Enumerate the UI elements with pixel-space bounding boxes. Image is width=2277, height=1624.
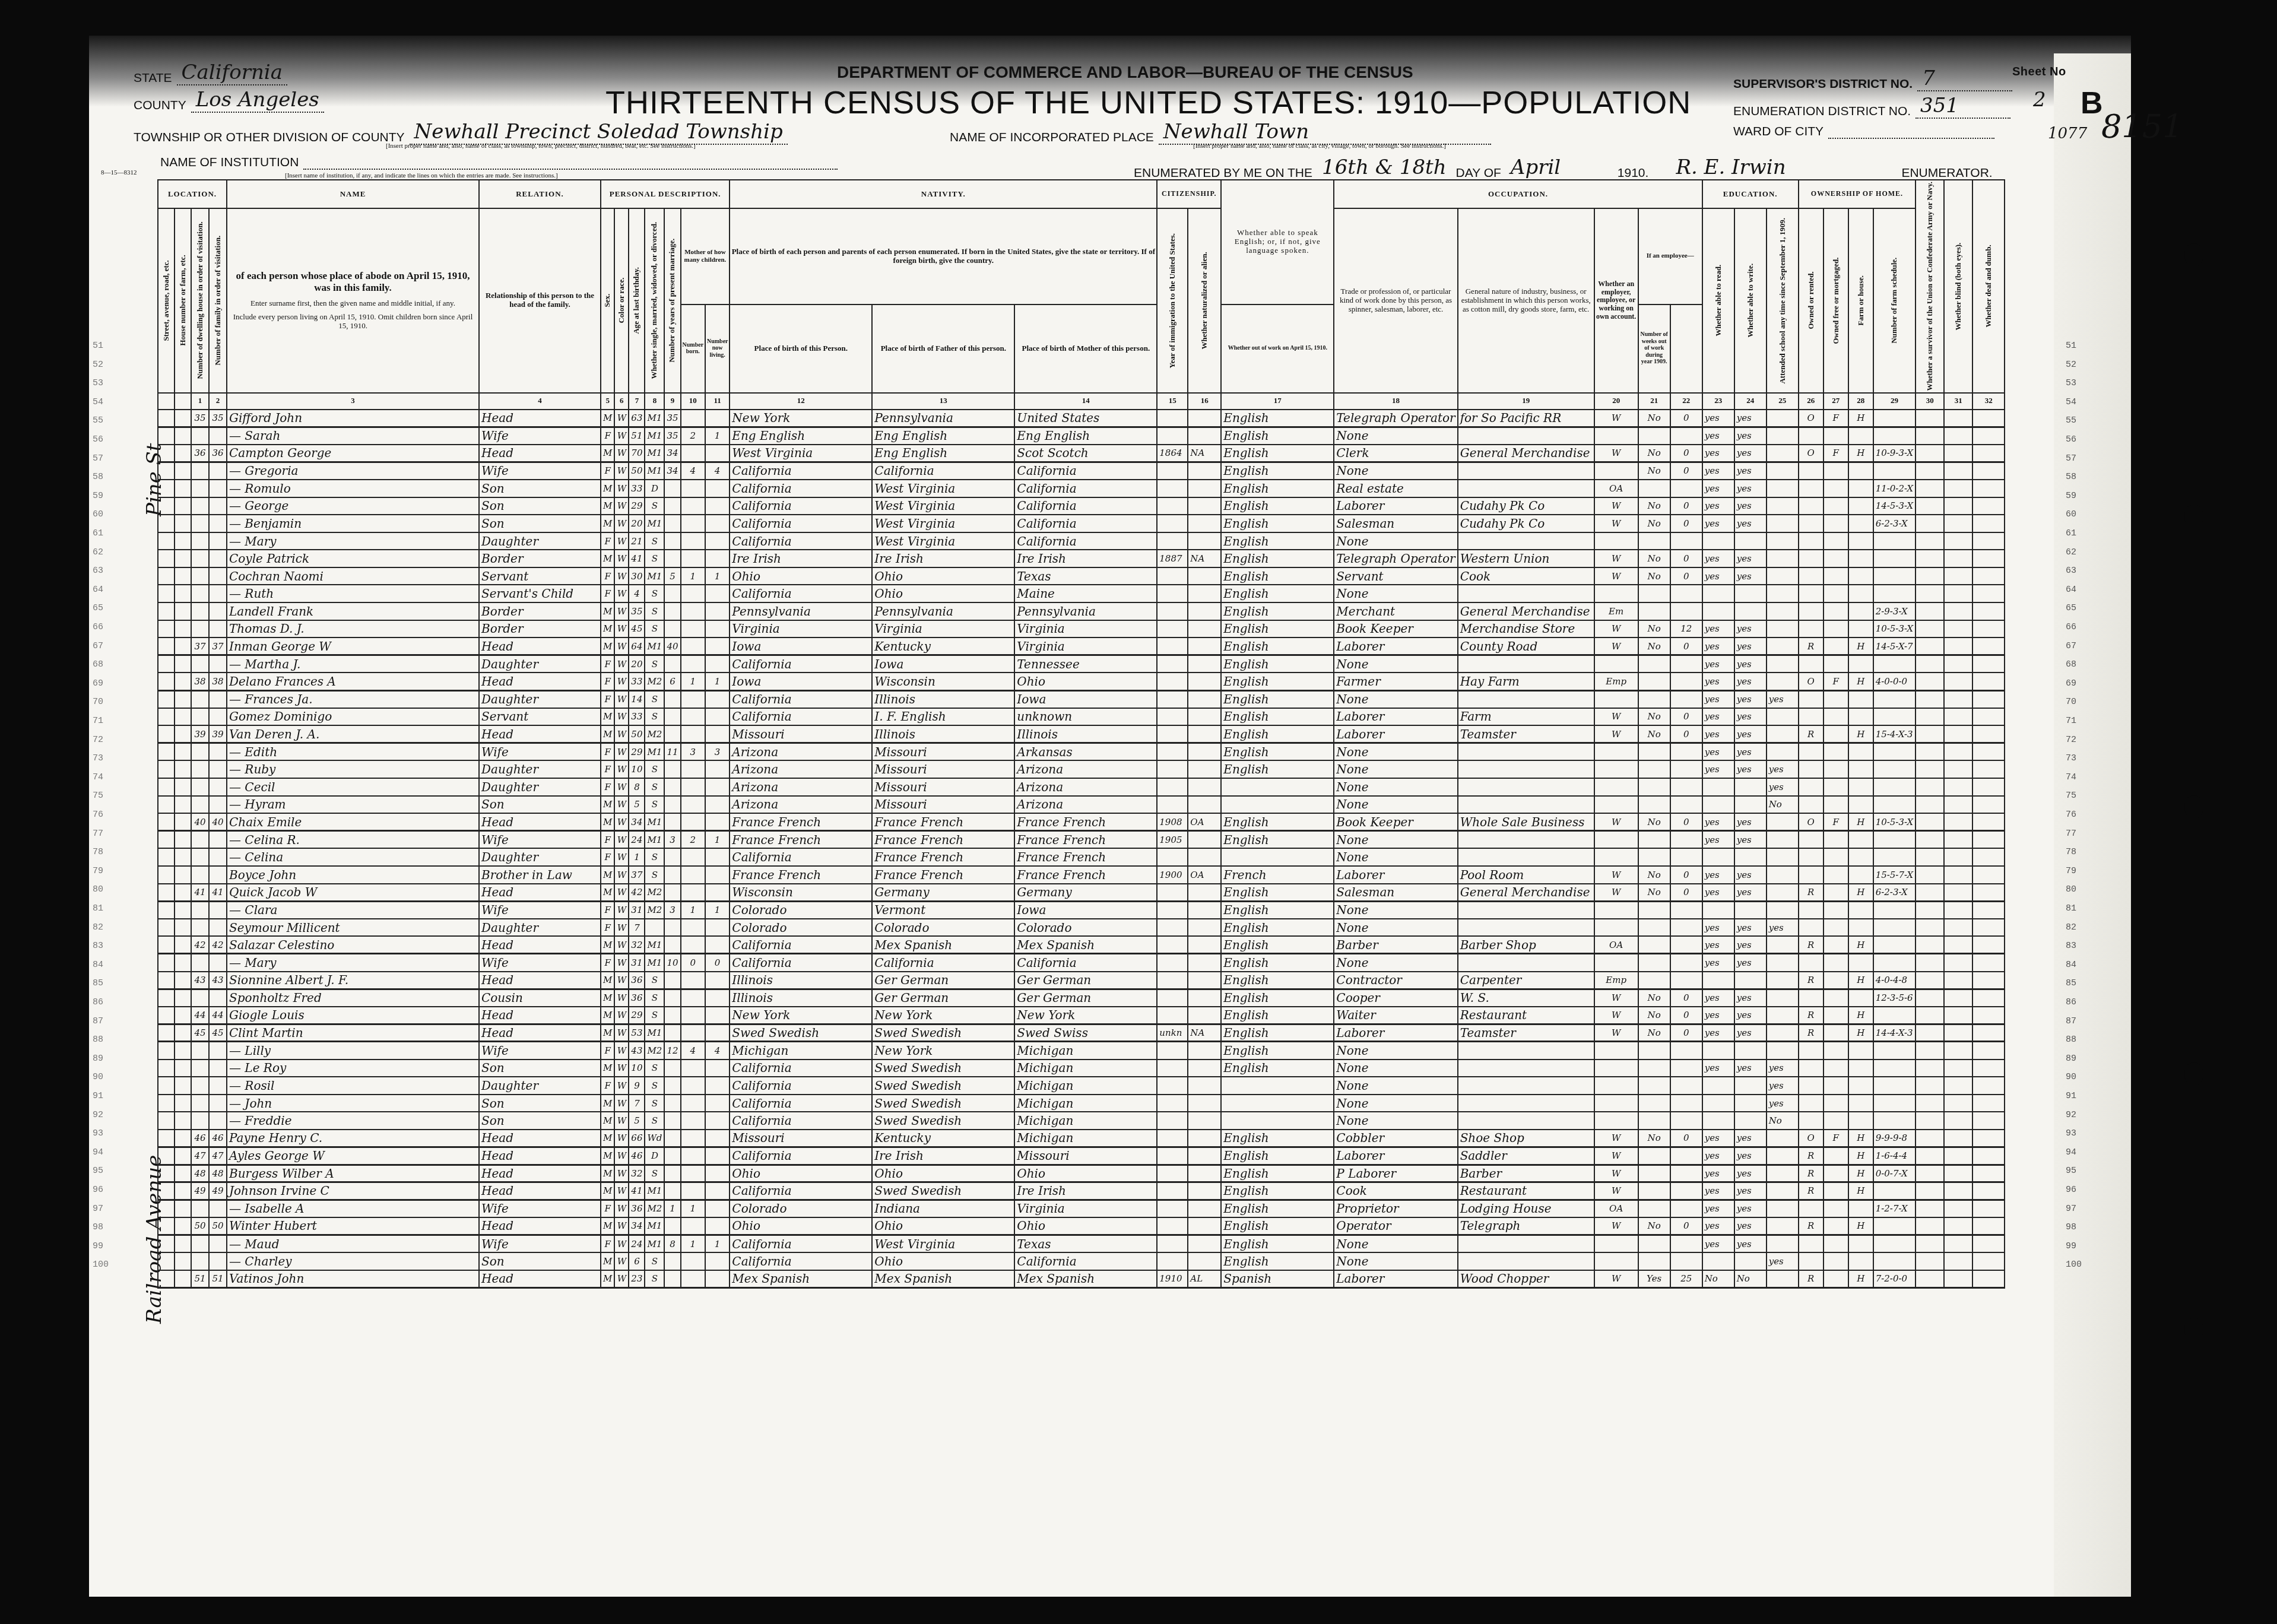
cell-living: [705, 585, 730, 602]
cell-free: [1823, 708, 1848, 726]
cell-fpob: France French: [872, 866, 1014, 884]
cell-dw: 39: [191, 725, 209, 743]
cell-wks: [1670, 972, 1702, 989]
cell-rel: Daughter: [479, 760, 601, 778]
cell-write: yes: [1734, 831, 1767, 849]
cell-born: [681, 936, 705, 954]
cell-imm: [1157, 1042, 1188, 1060]
line-number-right: 94: [2066, 1147, 2076, 1157]
line-number-right: 60: [2066, 509, 2076, 519]
cell-sched: [1873, 1235, 1916, 1252]
township-field: Township or other division of county New…: [134, 120, 788, 145]
cell-st: [158, 796, 175, 814]
cell-born: [681, 972, 705, 989]
cell-bl: [1944, 1112, 1972, 1130]
cell-fam: [209, 462, 227, 480]
line-number-right: 87: [2066, 1016, 2076, 1026]
cell-oow: [1638, 1165, 1670, 1182]
cell-emp: W: [1594, 410, 1638, 427]
cell-ind: Restaurant: [1458, 1182, 1594, 1200]
cell-vet: [1916, 831, 1944, 849]
cell-fh: H: [1848, 884, 1873, 902]
cell-fh: [1848, 602, 1873, 620]
cell-lang: English: [1221, 550, 1334, 567]
cell-wks: [1670, 532, 1702, 550]
line-number-right: 61: [2066, 528, 2076, 538]
line-number: 60: [93, 509, 103, 519]
header-free: Owned free or mortgaged.: [1823, 208, 1848, 393]
cell-fam: 44: [209, 1007, 227, 1024]
cell-oow: [1638, 831, 1670, 849]
cell-born: [681, 884, 705, 902]
line-number-right: 53: [2066, 378, 2076, 388]
cell-dw: [191, 462, 209, 480]
cell-sch: [1767, 1200, 1799, 1217]
cell-mpob: France French: [1014, 813, 1157, 831]
cell-nat: [1188, 410, 1221, 427]
cell-race: W: [614, 901, 629, 919]
cell-st: [158, 831, 175, 849]
cell-imm: [1157, 1182, 1188, 1200]
cell-own: [1799, 1235, 1823, 1252]
cell-age: 30: [629, 567, 645, 585]
cell-sch: [1767, 445, 1799, 462]
cell-lang: English: [1221, 515, 1334, 532]
cell-oow: No: [1638, 567, 1670, 585]
column-number: 27: [1823, 393, 1848, 410]
cell-trade: Farmer: [1334, 673, 1457, 690]
cell-bl: [1944, 848, 1972, 866]
cell-free: [1823, 1077, 1848, 1095]
cell-age: 24: [629, 1235, 645, 1252]
cell-sch: [1767, 813, 1799, 831]
cell-fpob: Missouri: [872, 778, 1014, 796]
cell-fh: [1848, 866, 1873, 884]
header-name-desc: of each person whose place of abode on A…: [227, 208, 479, 393]
cell-trade: Servant: [1334, 567, 1457, 585]
line-number-right: 100: [2066, 1260, 2082, 1270]
cell-age: 32: [629, 1165, 645, 1182]
cell-ind: [1458, 585, 1594, 602]
line-number: 71: [93, 716, 103, 726]
cell-lang: English: [1221, 497, 1334, 515]
cell-write: yes: [1734, 1200, 1767, 1217]
header-pob-father: Place of birth of Father of this person.: [872, 304, 1014, 393]
cell-bl: [1944, 550, 1972, 567]
cell-lang: English: [1221, 725, 1334, 743]
cell-fam: [209, 567, 227, 585]
cell-name: — Mary: [227, 954, 479, 972]
cell-lang: English: [1221, 884, 1334, 902]
cell-sex: F: [601, 532, 614, 550]
cell-vet: [1916, 1130, 1944, 1147]
cell-nat: [1188, 708, 1221, 726]
cell-name: Gifford John: [227, 410, 479, 427]
cell-yrs: 40: [664, 637, 680, 655]
cell-oow: No: [1638, 1217, 1670, 1235]
cell-name: Ayles George W: [227, 1147, 479, 1165]
cell-own: [1799, 919, 1823, 937]
cell-emp: W: [1594, 708, 1638, 726]
cell-bl: [1944, 480, 1972, 497]
cell-vet: [1916, 427, 1944, 445]
cell-fh: H: [1848, 972, 1873, 989]
line-number-right: 84: [2066, 960, 2076, 970]
cell-sched: [1873, 462, 1916, 480]
cell-race: W: [614, 831, 629, 849]
cell-ind: Merchandise Store: [1458, 620, 1594, 638]
line-number: 80: [93, 884, 103, 895]
header-immigration-year: Year of immigration to the United States…: [1157, 208, 1188, 393]
column-number: 22: [1670, 393, 1702, 410]
cell-st: [158, 919, 175, 937]
line-number: 57: [93, 453, 103, 464]
cell-df: [1972, 515, 2005, 532]
cell-df: [1972, 778, 2005, 796]
cell-living: 1: [705, 1235, 730, 1252]
cell-race: W: [614, 796, 629, 814]
cell-sched: [1873, 1042, 1916, 1060]
cell-oow: No: [1638, 725, 1670, 743]
cell-fh: [1848, 585, 1873, 602]
cell-fh: [1848, 690, 1873, 708]
cell-sched: 9-9-9-8: [1873, 1130, 1916, 1147]
cell-bl: [1944, 1130, 1972, 1147]
cell-pob: Arizona: [730, 760, 872, 778]
cell-own: O: [1799, 673, 1823, 690]
cell-nat: [1188, 690, 1221, 708]
cell-pob: France French: [730, 831, 872, 849]
cell-mar: M1: [645, 427, 664, 445]
cell-write: [1734, 796, 1767, 814]
cell-read: [1702, 1252, 1734, 1270]
cell-sched: [1873, 567, 1916, 585]
cell-vet: [1916, 901, 1944, 919]
cell-st: [158, 954, 175, 972]
cell-rel: Border: [479, 550, 601, 567]
cell-ind: [1458, 1077, 1594, 1095]
cell-hn: [175, 831, 191, 849]
cell-pob: California: [730, 1147, 872, 1165]
form-code: 8—15—8312: [101, 169, 137, 176]
cell-st: [158, 1182, 175, 1200]
cell-pob: California: [730, 585, 872, 602]
cell-living: [705, 1147, 730, 1165]
cell-hn: [175, 919, 191, 937]
cell-hn: [175, 445, 191, 462]
enumeration-district-field: Enumeration District No. 351: [1733, 94, 2010, 119]
cell-free: [1823, 901, 1848, 919]
table-row: — RosilDaughterFW9SCaliforniaSwed Swedis…: [158, 1077, 2005, 1095]
cell-free: [1823, 936, 1848, 954]
cell-emp: W: [1594, 1007, 1638, 1024]
cell-ind: Restaurant: [1458, 1007, 1594, 1024]
cell-age: 5: [629, 796, 645, 814]
cell-fam: [209, 480, 227, 497]
cell-living: 1: [705, 673, 730, 690]
line-number: 89: [93, 1054, 103, 1064]
cell-living: [705, 725, 730, 743]
cell-oow: [1638, 1112, 1670, 1130]
cell-ind: [1458, 462, 1594, 480]
cell-rel: Head: [479, 1024, 601, 1042]
cell-rel: Head: [479, 410, 601, 427]
cell-oow: No: [1638, 410, 1670, 427]
cell-mpob: Arizona: [1014, 760, 1157, 778]
punch-hole: [2184, 1318, 2203, 1341]
line-number-right: 93: [2066, 1128, 2076, 1138]
cell-vet: [1916, 532, 1944, 550]
cell-trade: None: [1334, 690, 1457, 708]
line-number-right: 67: [2066, 641, 2076, 651]
cell-race: W: [614, 1130, 629, 1147]
cell-age: 33: [629, 673, 645, 690]
census-rows: 3535Gifford JohnHeadMW63M135New YorkPenn…: [158, 410, 2005, 1288]
cell-nat: [1188, 673, 1221, 690]
line-number: 94: [93, 1147, 103, 1157]
cell-sex: F: [601, 567, 614, 585]
cell-dw: 41: [191, 884, 209, 902]
cell-sex: M: [601, 620, 614, 638]
cell-sch: [1767, 427, 1799, 445]
cell-oow: No: [1638, 637, 1670, 655]
cell-lang: English: [1221, 1235, 1334, 1252]
cell-df: [1972, 462, 2005, 480]
cell-mpob: Ohio: [1014, 1217, 1157, 1235]
cell-fam: [209, 954, 227, 972]
cell-free: [1823, 550, 1848, 567]
cell-fpob: Pennsylvania: [872, 602, 1014, 620]
cell-mpob: France French: [1014, 848, 1157, 866]
column-number: 18: [1334, 393, 1457, 410]
line-number-right: 62: [2066, 547, 2076, 557]
cell-df: [1972, 1042, 2005, 1060]
cell-pob: New York: [730, 1007, 872, 1024]
cell-ind: Saddler: [1458, 1147, 1594, 1165]
cell-lang: English: [1221, 1252, 1334, 1270]
cell-lang: English: [1221, 936, 1334, 954]
cell-free: F: [1823, 673, 1848, 690]
cell-hn: [175, 1182, 191, 1200]
cell-emp: OA: [1594, 936, 1638, 954]
cell-rel: Cousin: [479, 989, 601, 1007]
cell-sched: 0-0-7-X: [1873, 1165, 1916, 1182]
cell-hn: [175, 813, 191, 831]
cell-rel: Wife: [479, 743, 601, 761]
cell-name: Coyle Patrick: [227, 550, 479, 567]
cell-hn: [175, 602, 191, 620]
cell-fh: [1848, 550, 1873, 567]
cell-fh: [1848, 620, 1873, 638]
cell-bl: [1944, 532, 1972, 550]
cell-emp: W: [1594, 1165, 1638, 1182]
cell-hn: [175, 410, 191, 427]
cell-lang: English: [1221, 655, 1334, 673]
cell-oow: [1638, 1095, 1670, 1112]
cell-write: yes: [1734, 497, 1767, 515]
cell-own: [1799, 1200, 1823, 1217]
cell-born: [681, 637, 705, 655]
cell-sched: 4-0-4-8: [1873, 972, 1916, 989]
cell-oow: [1638, 1042, 1670, 1060]
cell-own: [1799, 550, 1823, 567]
cell-emp: W: [1594, 1024, 1638, 1042]
cell-read: [1702, 1042, 1734, 1060]
group-personal: PERSONAL DESCRIPTION.: [601, 180, 730, 208]
cell-yrs: [664, 725, 680, 743]
cell-wks: [1670, 1095, 1702, 1112]
cell-trade: None: [1334, 1235, 1457, 1252]
cell-rel: Son: [479, 1252, 601, 1270]
cell-trade: None: [1334, 743, 1457, 761]
cell-imm: [1157, 1147, 1188, 1165]
cell-own: [1799, 1042, 1823, 1060]
state-value: California: [177, 61, 287, 85]
cell-imm: [1157, 690, 1188, 708]
table-row: — Isabelle AWifeFW36M211ColoradoIndianaV…: [158, 1200, 2005, 1217]
cell-oow: No: [1638, 1007, 1670, 1024]
cell-own: [1799, 866, 1823, 884]
cell-trade: Waiter: [1334, 1007, 1457, 1024]
cell-sex: F: [601, 1200, 614, 1217]
cell-nat: [1188, 497, 1221, 515]
cell-trade: None: [1334, 1095, 1457, 1112]
cell-fh: H: [1848, 936, 1873, 954]
cell-rel: Son: [479, 1060, 601, 1077]
cell-pob: Virginia: [730, 620, 872, 638]
cell-imm: [1157, 497, 1188, 515]
cell-wks: 0: [1670, 550, 1702, 567]
cell-sch: [1767, 884, 1799, 902]
cell-dw: [191, 866, 209, 884]
cell-sex: F: [601, 427, 614, 445]
cell-bl: [1944, 725, 1972, 743]
cell-sex: M: [601, 1270, 614, 1288]
cell-mar: S: [645, 1112, 664, 1130]
cell-st: [158, 848, 175, 866]
cell-write: [1734, 1252, 1767, 1270]
cell-rel: Head: [479, 1130, 601, 1147]
cell-sex: M: [601, 972, 614, 989]
cell-nat: NA: [1188, 1024, 1221, 1042]
cell-own: [1799, 427, 1823, 445]
cell-st: [158, 445, 175, 462]
cell-born: 1: [681, 1200, 705, 1217]
cell-race: W: [614, 760, 629, 778]
incorporated-value: Newhall Town: [1159, 120, 1491, 145]
cell-fpob: Swed Swedish: [872, 1077, 1014, 1095]
cell-trade: None: [1334, 532, 1457, 550]
cell-dw: 37: [191, 637, 209, 655]
cell-sch: No: [1767, 796, 1799, 814]
cell-bl: [1944, 515, 1972, 532]
cell-st: [158, 690, 175, 708]
cell-imm: [1157, 919, 1188, 937]
cell-mar: M2: [645, 673, 664, 690]
cell-dw: [191, 480, 209, 497]
cell-sched: 1-6-4-4: [1873, 1147, 1916, 1165]
cell-pob: Colorado: [730, 919, 872, 937]
cell-pob: California: [730, 1252, 872, 1270]
cell-sched: [1873, 760, 1916, 778]
cell-sch: [1767, 1007, 1799, 1024]
header-industry: General nature of industry, business, or…: [1458, 208, 1594, 393]
cell-living: [705, 936, 730, 954]
cell-yrs: [664, 585, 680, 602]
cell-st: [158, 637, 175, 655]
cell-fpob: New York: [872, 1007, 1014, 1024]
cell-hn: [175, 515, 191, 532]
ward-field: Ward of city: [1733, 125, 1994, 139]
line-number-right: 59: [2066, 491, 2076, 501]
cell-born: [681, 796, 705, 814]
cell-born: [681, 515, 705, 532]
cell-name: Sponholtz Fred: [227, 989, 479, 1007]
cell-lang: English: [1221, 462, 1334, 480]
cell-free: [1823, 497, 1848, 515]
cell-bl: [1944, 1235, 1972, 1252]
cell-sched: 15-5-7-X: [1873, 866, 1916, 884]
cell-imm: [1157, 1077, 1188, 1095]
cell-vet: [1916, 1270, 1944, 1288]
column-number: 25: [1767, 393, 1799, 410]
cell-rel: Wife: [479, 954, 601, 972]
cell-dw: [191, 708, 209, 726]
cell-st: [158, 1200, 175, 1217]
cell-st: [158, 655, 175, 673]
cell-fam: 46: [209, 1130, 227, 1147]
cell-rel: Head: [479, 637, 601, 655]
cell-fh: H: [1848, 1130, 1873, 1147]
cell-pob: Michigan: [730, 1042, 872, 1060]
cell-name: Cochran Naomi: [227, 567, 479, 585]
cell-own: [1799, 585, 1823, 602]
cell-sex: F: [601, 690, 614, 708]
cell-age: 41: [629, 550, 645, 567]
cell-free: F: [1823, 1130, 1848, 1147]
cell-vet: [1916, 725, 1944, 743]
cell-ind: Teamster: [1458, 1024, 1594, 1042]
cell-ind: Carpenter: [1458, 972, 1594, 989]
cell-fh: H: [1848, 1217, 1873, 1235]
cell-imm: 1900: [1157, 866, 1188, 884]
cell-write: No: [1734, 1270, 1767, 1288]
cell-mar: S: [645, 1077, 664, 1095]
cell-ind: Telegraph: [1458, 1217, 1594, 1235]
cell-wks: [1670, 796, 1702, 814]
line-number-right: 64: [2066, 585, 2076, 595]
cell-imm: [1157, 1130, 1188, 1147]
cell-write: yes: [1734, 936, 1767, 954]
cell-sched: 12-3-5-6: [1873, 989, 1916, 1007]
cell-imm: [1157, 655, 1188, 673]
cell-ind: General Merchandise: [1458, 602, 1594, 620]
cell-living: [705, 919, 730, 937]
cell-sex: M: [601, 550, 614, 567]
cell-mpob: United States: [1014, 410, 1157, 427]
cell-mar: M2: [645, 884, 664, 902]
cell-df: [1972, 901, 2005, 919]
cell-own: [1799, 1112, 1823, 1130]
cell-fh: [1848, 1235, 1873, 1252]
cell-sched: [1873, 427, 1916, 445]
cell-fh: [1848, 989, 1873, 1007]
cell-read: yes: [1702, 831, 1734, 849]
cell-living: [705, 1060, 730, 1077]
cell-fpob: California: [872, 954, 1014, 972]
cell-mar: S: [645, 760, 664, 778]
cell-living: [705, 760, 730, 778]
